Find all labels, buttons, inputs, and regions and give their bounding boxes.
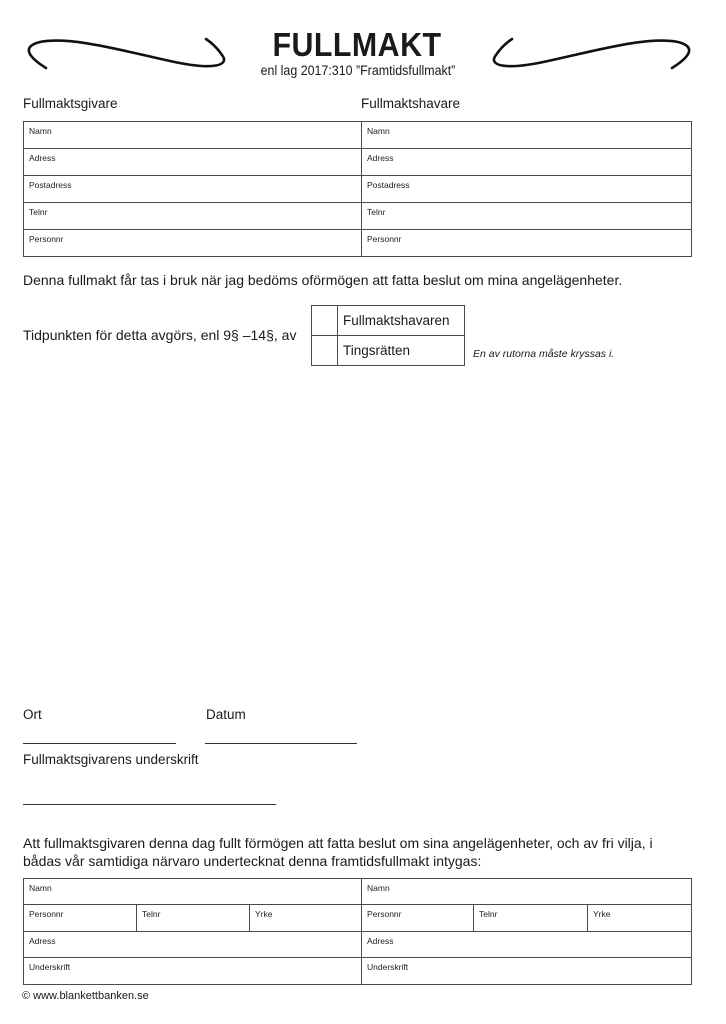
witness2-address-field[interactable]: Adress (362, 931, 692, 957)
agent-heading: Fullmaktshavare (361, 96, 460, 112)
document-subtitle: enl lag 2017:310 ”Framtidsfullmakt” (29, 62, 688, 80)
witness1-name-field[interactable]: Namn (24, 879, 362, 905)
witness1-personnr-field[interactable]: Personnr (24, 905, 137, 931)
choice-row: Tingsrätten (312, 336, 465, 366)
witness1-address-field[interactable]: Adress (24, 931, 362, 957)
choice-row: Fullmaktshavaren (312, 306, 465, 336)
witness2-personnr-field[interactable]: Personnr (362, 905, 474, 931)
agent-postal-address-field[interactable]: Postadress (362, 176, 692, 203)
place-label: Ort (23, 707, 42, 723)
table-row: Personnr Telnr Yrke Personnr Telnr Yrke (24, 905, 692, 931)
activation-statement: Denna fullmakt får tas i bruk när jag be… (23, 271, 622, 289)
court-option-label: Tingsrätten (338, 336, 465, 366)
copyright-footer: © www.blankettbanken.se (22, 990, 149, 1002)
witness1-signature-field[interactable]: Underskrift (24, 958, 362, 984)
date-input-line[interactable] (205, 743, 357, 744)
table-row: Personnr Personnr (24, 230, 692, 257)
principal-signature-label: Fullmaktsgivarens underskrift (23, 752, 199, 768)
table-row: Namn Namn (24, 122, 692, 149)
document-title: FULLMAKT (29, 26, 686, 64)
principal-name-field[interactable]: Namn (24, 122, 362, 149)
witness2-phone-field[interactable]: Telnr (474, 905, 588, 931)
witness-statement: Att fullmaktsgivaren denna dag fullt för… (23, 834, 693, 870)
table-row: Postadress Postadress (24, 176, 692, 203)
agent-option-label: Fullmaktshavaren (338, 306, 465, 336)
place-input-line[interactable] (23, 743, 176, 744)
determination-choice-table: Fullmaktshavaren Tingsrätten (311, 305, 465, 366)
date-label: Datum (206, 707, 246, 723)
witness2-occupation-field[interactable]: Yrke (588, 905, 692, 931)
witness-table: Namn Namn Personnr Telnr Yrke Personnr T… (23, 878, 692, 985)
principal-heading: Fullmaktsgivare (23, 96, 118, 112)
table-row: Adress Adress (24, 931, 692, 957)
principal-personnr-field[interactable]: Personnr (24, 230, 362, 257)
witness1-phone-field[interactable]: Telnr (137, 905, 250, 931)
table-row: Adress Adress (24, 149, 692, 176)
principal-signature-line[interactable] (23, 804, 276, 805)
agent-name-field[interactable]: Namn (362, 122, 692, 149)
choice-note: En av rutorna måste kryssas i. (473, 348, 614, 360)
agent-checkbox[interactable] (312, 306, 338, 336)
agent-personnr-field[interactable]: Personnr (362, 230, 692, 257)
table-row: Namn Namn (24, 879, 692, 905)
agent-phone-field[interactable]: Telnr (362, 203, 692, 230)
table-row: Underskrift Underskrift (24, 958, 692, 984)
principal-phone-field[interactable]: Telnr (24, 203, 362, 230)
principal-postal-address-field[interactable]: Postadress (24, 176, 362, 203)
witness1-occupation-field[interactable]: Yrke (250, 905, 362, 931)
party-details-table: Namn Namn Adress Adress Postadress Posta… (23, 121, 692, 257)
agent-address-field[interactable]: Adress (362, 149, 692, 176)
witness2-signature-field[interactable]: Underskrift (362, 958, 692, 984)
principal-address-field[interactable]: Adress (24, 149, 362, 176)
court-checkbox[interactable] (312, 336, 338, 366)
witness2-name-field[interactable]: Namn (362, 879, 692, 905)
determination-label: Tidpunkten för detta avgörs, enl 9§ –14§… (23, 326, 296, 344)
table-row: Telnr Telnr (24, 203, 692, 230)
